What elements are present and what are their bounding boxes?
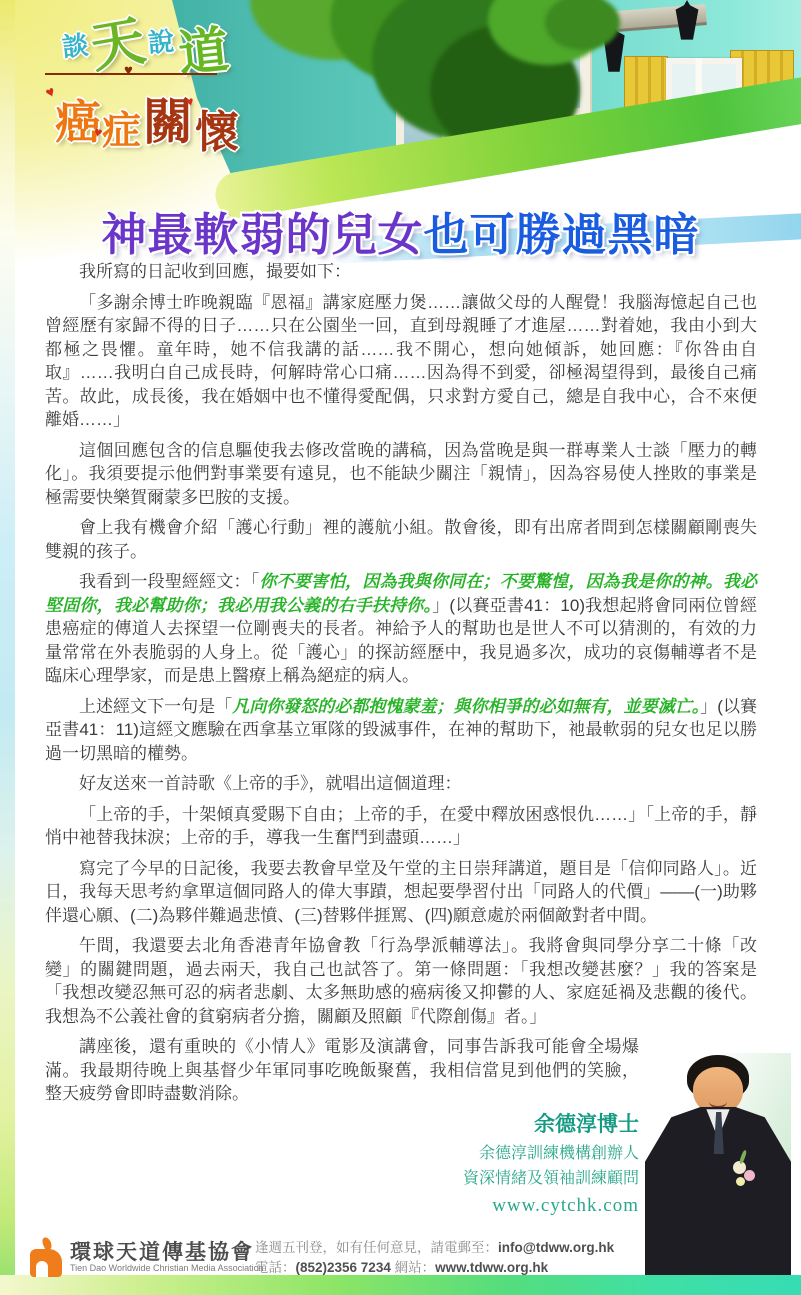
logo-arch	[36, 1261, 48, 1277]
paragraph: 這個回應包含的信息驅使我去修改當晚的講稿，因為當晚是與一群專業人士談「壓力的轉化…	[45, 439, 757, 510]
tel-label: 電話：	[255, 1260, 296, 1275]
paragraph: 好友送來一首詩歌《上帝的手》，就唱出這個道理：	[45, 772, 757, 796]
author-title: 余德淳訓練機構創辦人	[45, 1141, 639, 1166]
footer-contact: 逢週五刊登，如有任何意見，請電郵至：info@tdww.org.hk 電話：(8…	[255, 1238, 614, 1278]
masthead-char: 說	[147, 21, 176, 60]
paragraph: 我所寫的日記收到回應，撮要如下：	[45, 260, 757, 284]
left-gradient-strip	[0, 0, 15, 1295]
page-title: 神最軟弱的兒女也可勝過黑暗	[0, 198, 801, 263]
footer-line1: 逢週五刊登，如有任何意見，請電郵至：info@tdww.org.hk	[255, 1238, 614, 1258]
author-website-link[interactable]: www.cytchk.com	[45, 1194, 639, 1218]
paragraph: 會上我有機會介紹「護心行動」裡的護航小組。散會後，即有出席者問到怎樣關顧剛喪失雙…	[45, 516, 757, 563]
masthead-char: 談	[60, 25, 90, 65]
organization-logo-icon	[30, 1237, 62, 1277]
paragraph: 我看到一段聖經經文：「你不要害怕，因為我與你同在；不要驚惶，因為我是你的神。我必…	[45, 570, 757, 688]
text-segment: 上述經文下一句是「	[79, 697, 232, 716]
masthead-char: 症	[102, 100, 141, 156]
masthead-char: 關	[143, 82, 193, 154]
text-segment: 我看到一段聖經經文：「	[79, 572, 259, 591]
page-title-part2: 也可勝過黑暗	[424, 208, 700, 261]
paragraph: 午間，我還要去北角香港青年協會教「行為學派輔導法」。我將會與同學分享二十條「改變…	[45, 934, 757, 1028]
org-website-link[interactable]: www.tdww.org.hk	[435, 1260, 548, 1275]
footer: 環球天道傳基協會 Tien Dao Worldwide Christian Me…	[0, 1232, 801, 1278]
organization-name: 環球天道傳基協會	[70, 1236, 254, 1266]
paragraph: 講座後，還有重映的《小情人》電影及演講會，同事告訴我可能會全場爆滿。我最期待晚上…	[45, 1035, 639, 1106]
masthead-char: 天	[84, 0, 151, 83]
author-block: 余德淳博士 余德淳訓練機構創辦人 資深情緒及領袖訓練顧問 www.cytchk.…	[45, 1113, 757, 1218]
page: 談 天 說 道 ♥ 癌 症 關 懷 ♥ ♥ ♥ 神最軟弱的兒女也可勝過黑暗 我所…	[0, 0, 801, 1295]
web-label: 網站：	[395, 1260, 436, 1275]
organization-name-english: Tien Dao Worldwide Christian Media Assoc…	[70, 1263, 264, 1273]
author-title: 資深情緒及領袖訓練顧問	[45, 1166, 639, 1191]
paragraph: 「多謝余博士昨晚親臨『恩福』講家庭壓力煲……讓做父母的人醒覺！我腦海憶起自己也曾…	[45, 291, 757, 432]
page-title-part1: 神最軟弱的兒女	[101, 208, 423, 261]
scripture-quote: 凡向你發怒的必都抱愧蒙羞；與你相爭的必如無有，並要滅亡。	[232, 697, 700, 716]
masthead-char: 懷	[195, 96, 239, 160]
masthead-char: 癌	[55, 86, 101, 152]
author-name: 余德淳博士	[45, 1113, 639, 1137]
paragraph: 「上帝的手，十架傾真愛賜下自由；上帝的手，在愛中釋放困惑恨仇……」「上帝的手，靜…	[45, 803, 757, 850]
masthead-logo: 談 天 說 道 ♥ 癌 症 關 懷 ♥ ♥ ♥	[40, 0, 270, 155]
heart-icon: ♥	[124, 62, 133, 79]
paragraph: 寫完了今早的日記後，我要去教會早堂及午堂的主日崇拜講道，題目是「信仰同路人」。近…	[45, 857, 757, 928]
paragraph: 上述經文下一句是「凡向你發怒的必都抱愧蒙羞；與你相爭的必如無有，並要滅亡。」(以…	[45, 695, 757, 766]
publication-note: 逢週五刊登，如有任何意見，請電郵至：	[255, 1240, 498, 1255]
contact-email-link[interactable]: info@tdww.org.hk	[498, 1240, 614, 1255]
footer-line2: 電話：(852)2356 7234 網站：www.tdww.org.hk	[255, 1258, 614, 1278]
bottom-gradient-bar	[0, 1275, 801, 1295]
contact-phone: (852)2356 7234	[296, 1260, 391, 1275]
article-body: 我所寫的日記收到回應，撮要如下： 「多謝余博士昨晚親臨『恩福』講家庭壓力煲……讓…	[45, 260, 757, 1218]
